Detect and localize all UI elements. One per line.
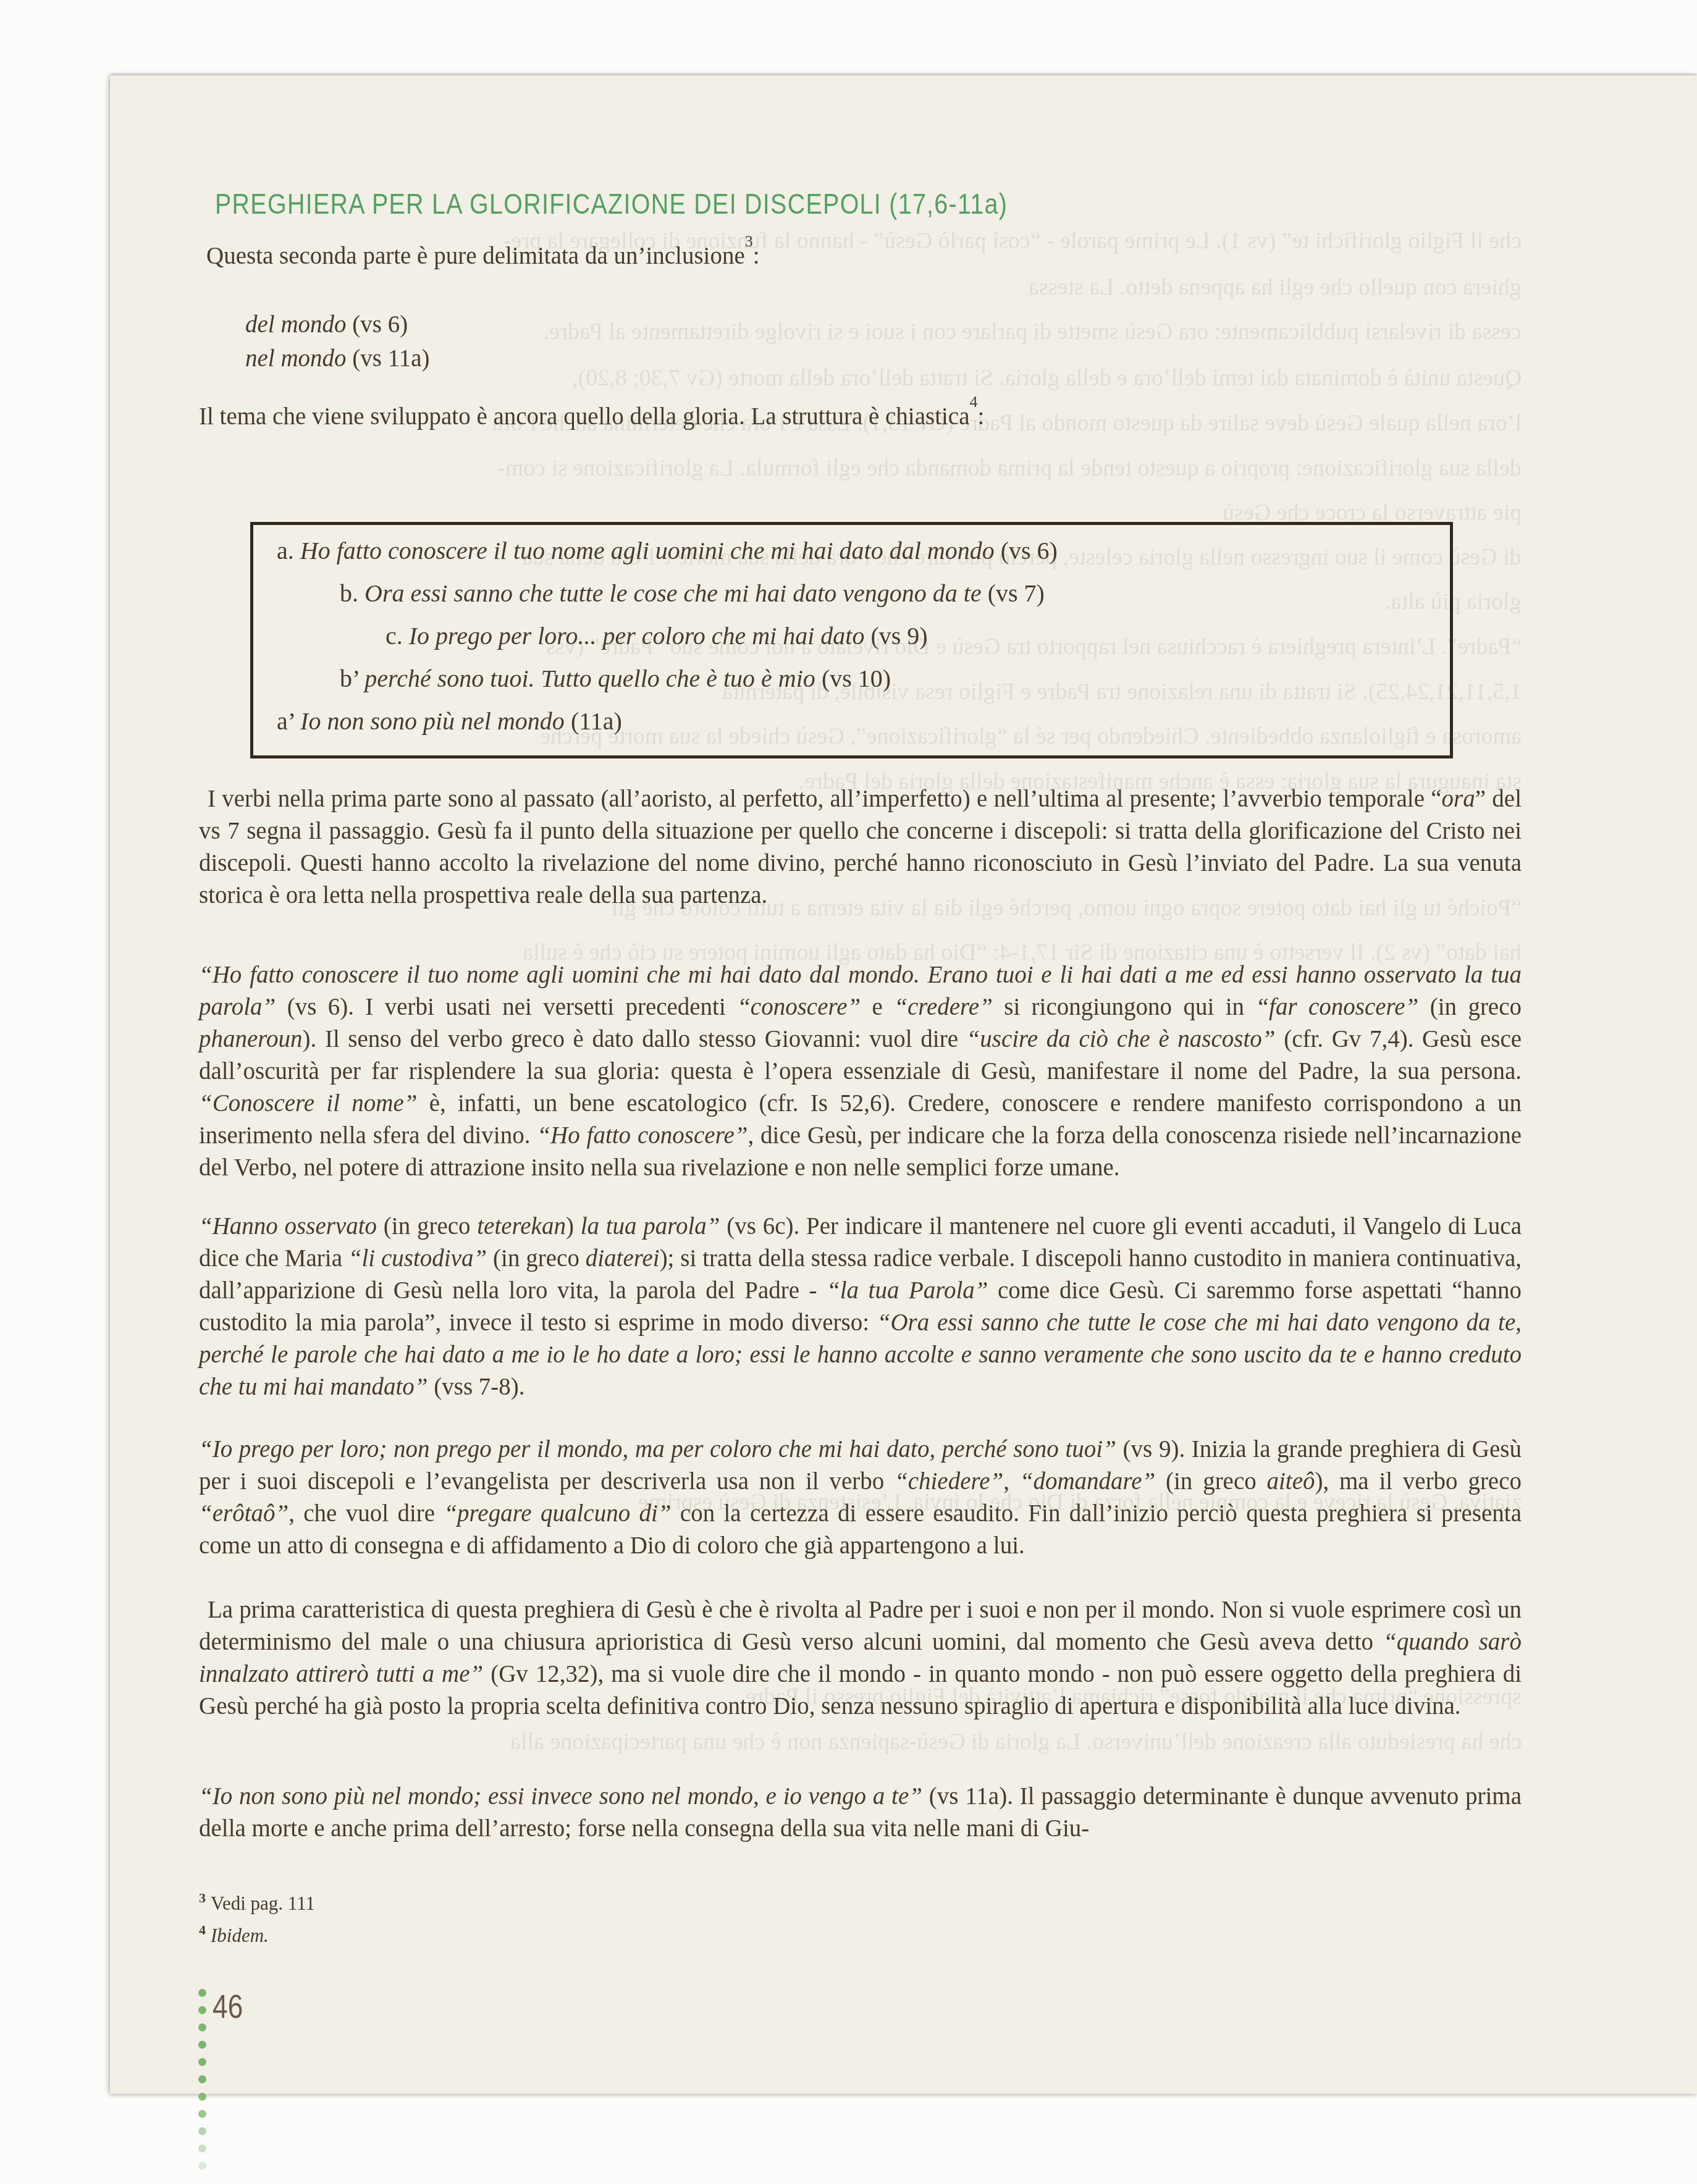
- chiastic-line: a’ Io non sono più nel mondo (11a): [277, 707, 622, 736]
- intro-line: Questa seconda parte è pure delimitata d…: [199, 240, 760, 272]
- green-dot: [198, 2093, 206, 2101]
- paragraph: “Hanno osservato (in greco teterekan) la…: [199, 1211, 1522, 1403]
- green-dot: [198, 2041, 206, 2049]
- chiastic-line: a. Ho fatto conoscere il tuo nome agli u…: [277, 536, 1058, 566]
- footnote-4: 4Ibidem.: [199, 1923, 269, 1950]
- chiastic-line: b’ perché sono tuoi. Tutto quello che è …: [340, 664, 891, 694]
- green-dot: [198, 2110, 206, 2118]
- green-dot: [198, 2144, 206, 2152]
- chiastic-structure-box: a. Ho fatto conoscere il tuo nome agli u…: [250, 522, 1453, 758]
- footnote-3: 3Vedi pag. 111: [199, 1891, 315, 1918]
- paragraph: La prima caratteristica di questa preghi…: [199, 1594, 1522, 1723]
- paragraph: “Io prego per loro; non prego per il mon…: [199, 1434, 1522, 1562]
- green-dot: [198, 1989, 206, 1997]
- green-dot: [198, 2023, 206, 2031]
- inclusion-line-del-mondo: del mondo (vs 6): [245, 309, 408, 341]
- green-dot: [198, 2058, 206, 2066]
- paragraph: I verbi nella prima parte sono al passat…: [199, 783, 1522, 912]
- paragraph: “Io non sono più nel mondo; essi invece …: [199, 1781, 1522, 1845]
- page-number: 46: [213, 1988, 250, 2026]
- green-dot: [198, 2162, 206, 2170]
- scanned-book-page: che il Figlio glorifichi te” (vs 1). Le …: [0, 0, 1697, 2184]
- green-dot: [198, 2127, 206, 2135]
- green-dot: [198, 2075, 206, 2083]
- inclusion-line-nel-mondo: nel mondo (vs 11a): [245, 343, 430, 375]
- theme-line: Il tema che viene sviluppato è ancora qu…: [199, 401, 984, 433]
- chiastic-line: c. Io prego per loro... per coloro che m…: [385, 621, 928, 651]
- green-dot: [198, 2006, 206, 2014]
- chiastic-line: b. Ora essi sanno che tutte le cose che …: [340, 579, 1045, 608]
- paragraph: “Ho fatto conoscere il tuo nome agli uom…: [199, 959, 1522, 1184]
- page-title: PREGHIERA PER LA GLORIFICAZIONE DEI DISC…: [215, 187, 1159, 220]
